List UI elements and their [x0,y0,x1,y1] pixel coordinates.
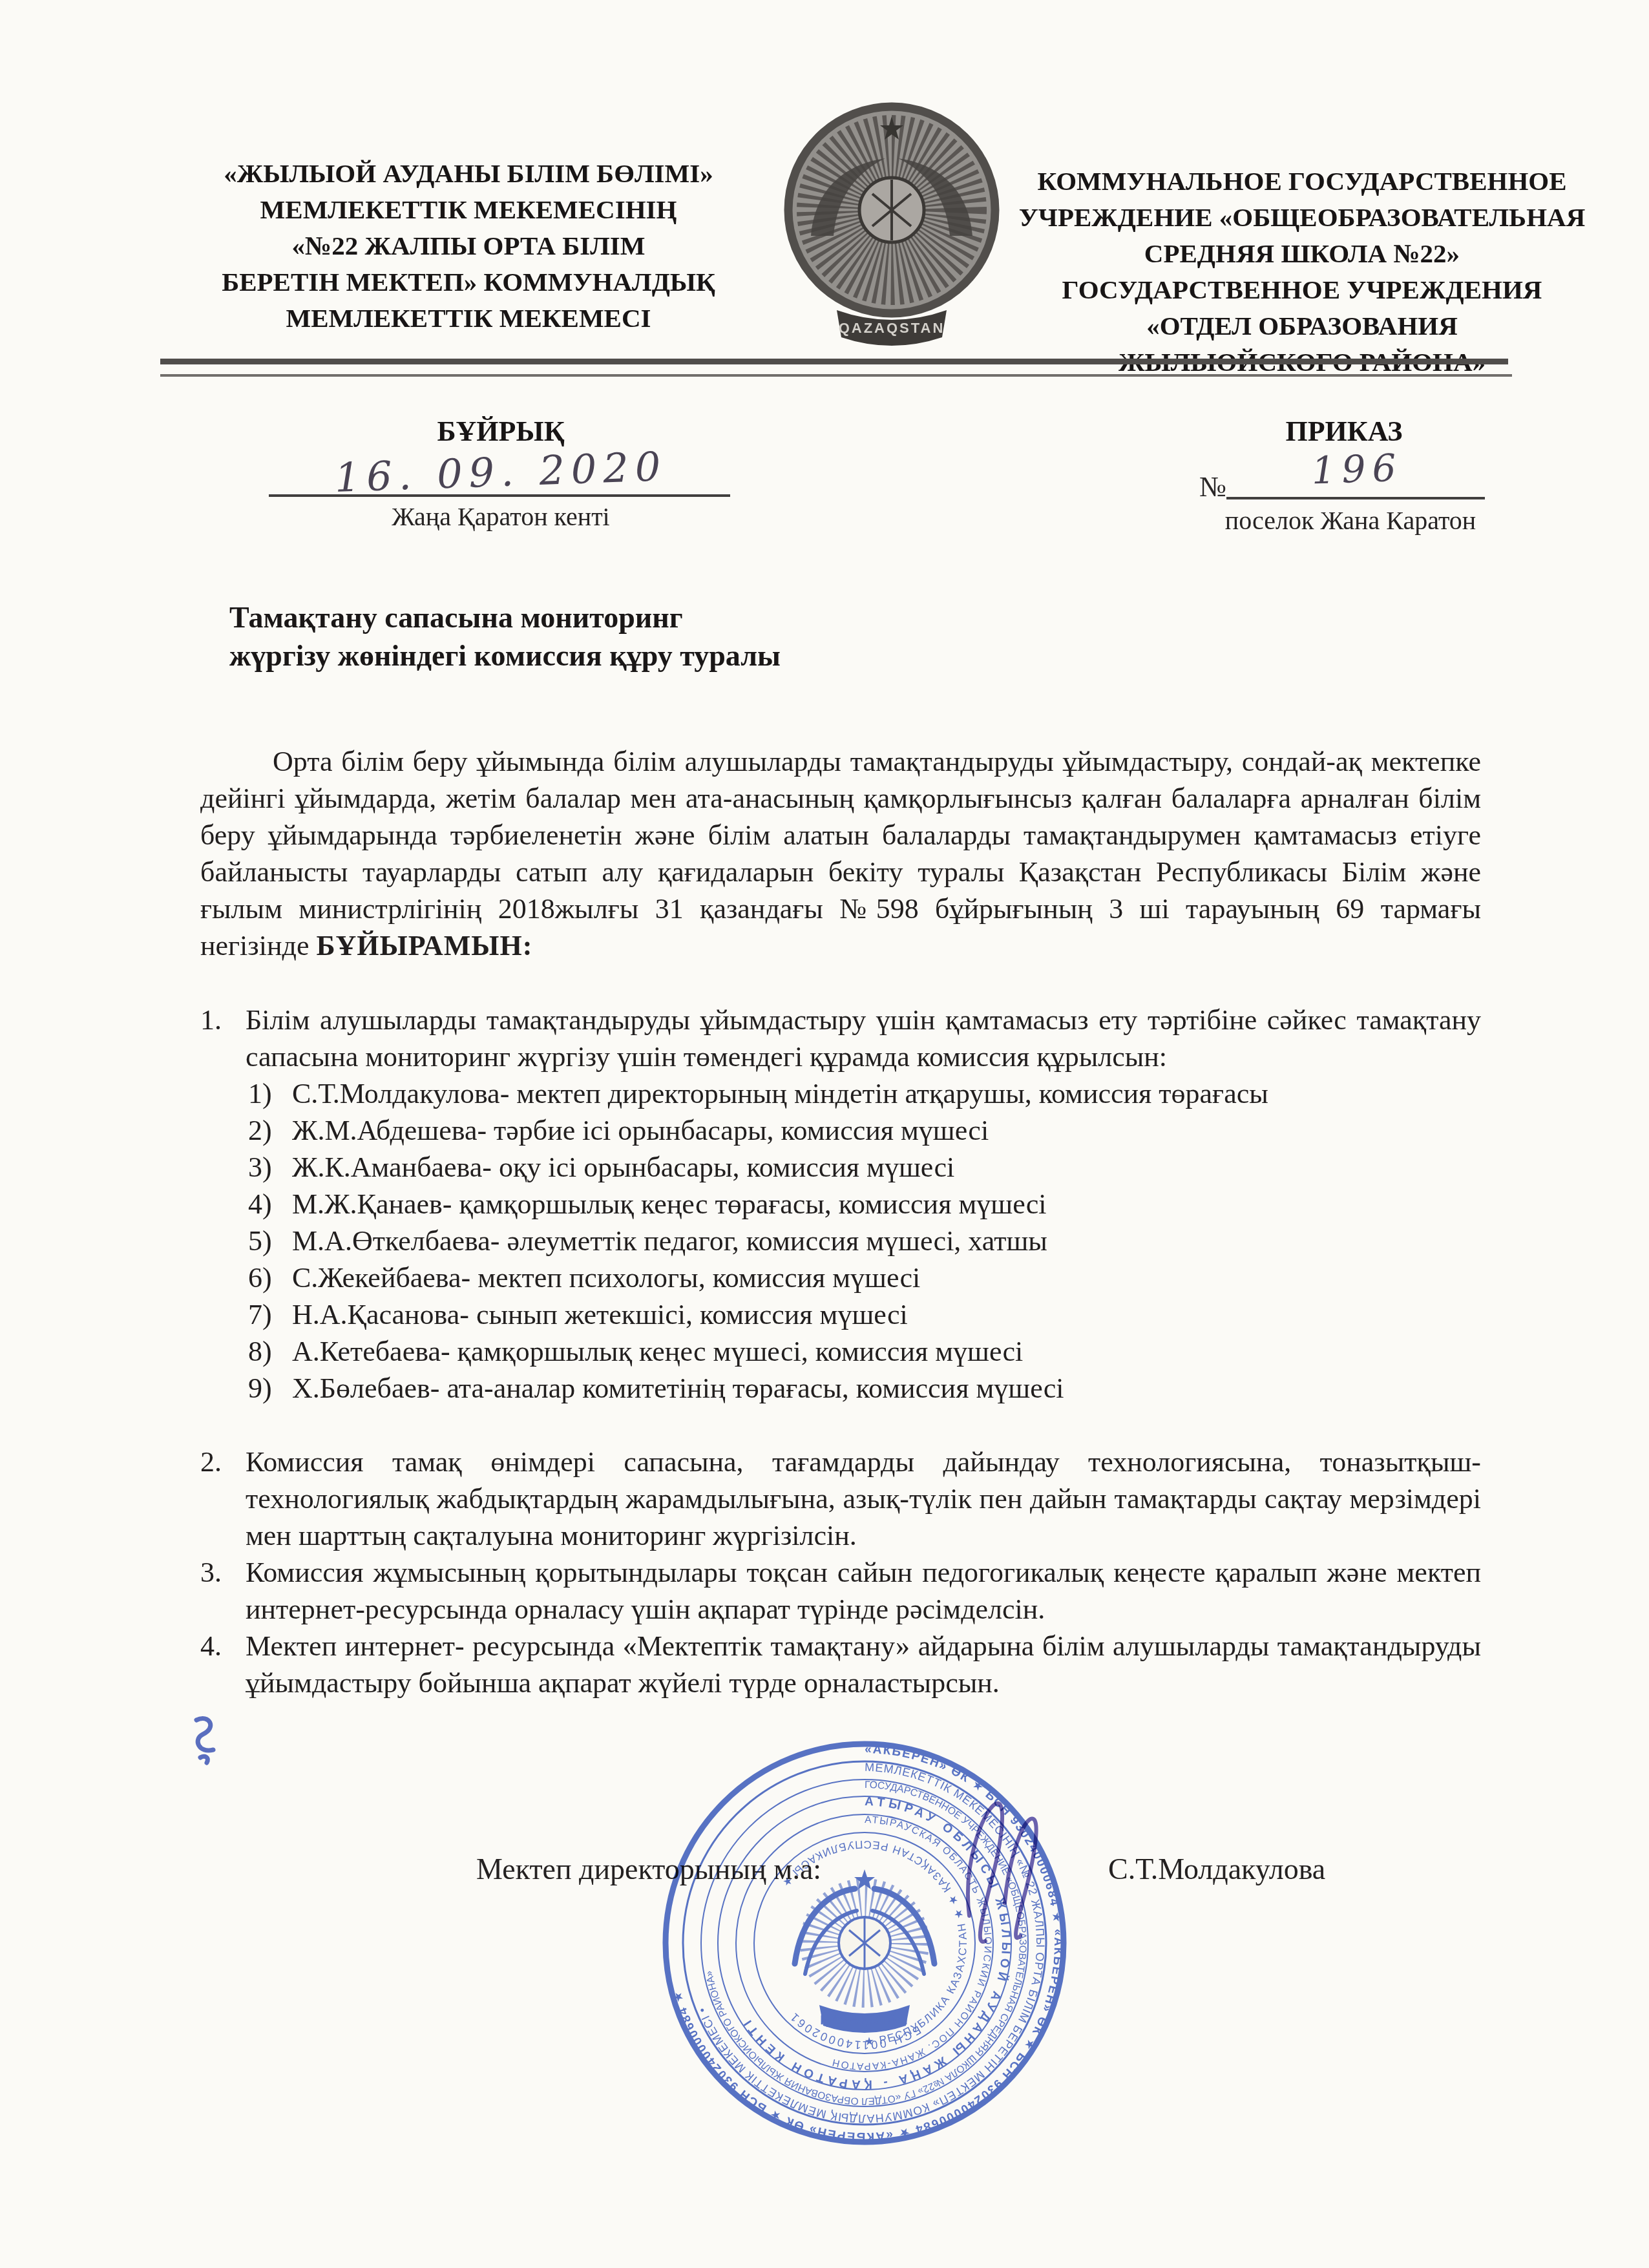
emblem-banner-text: QAZAQSTAN [839,320,945,336]
org-line: МЕМЛЕКЕТТІК МЕКЕМЕСІ [184,300,753,336]
member-text: М.Ж.Қанаев- қамқоршылық кеңес төрағасы, … [292,1186,1481,1223]
order-place-ru: поселок Жана Каратон [1176,505,1525,536]
header-left-organization: «ЖЫЛЫОЙ АУДАНЫ БІЛІМ БӨЛІМІ» МЕМЛЕКЕТТІК… [184,155,753,336]
commission-member: 5) М.А.Өткелбаева- әлеуметтік педагог, к… [248,1223,1481,1259]
header-divider-thin [160,374,1512,377]
order-number-sign: № [1199,470,1226,503]
org-line: «№22 ЖАЛПЫ ОРТА БІЛІМ [184,227,753,264]
item-text: Комиссия тамақ өнімдері сапасына, тағамд… [246,1444,1481,1554]
member-text: С.Т.Молдакулова- мектеп директорының мін… [292,1075,1481,1112]
commission-member: 2) Ж.М.Абдешева- тәрбие ісі орынбасары, … [248,1112,1481,1149]
subject-line-1: Тамақтану сапасына мониторинг [229,598,1134,636]
member-number: 7) [248,1296,292,1333]
item-number: 2. [200,1444,246,1480]
commission-member: 7) Н.А.Қасанова- сынып жетекшісі, комисс… [248,1296,1481,1333]
member-text: Х.Бөлебаев- ата-аналар комитетінің төрағ… [292,1370,1481,1407]
member-number: 4) [248,1186,292,1223]
item-text: Білім алушыларды тамақтандыруды ұйымдаст… [246,1002,1481,1075]
state-emblem-icon: QAZAQSTAN [774,97,1009,362]
member-text: Н.А.Қасанова- сынып жетекшісі, комиссия … [292,1296,1481,1333]
commission-member: 9) Х.Бөлебаев- ата-аналар комитетінің тө… [248,1370,1481,1407]
org-line: «ОТДЕЛ ОБРАЗОВАНИЯ [998,308,1606,344]
order-place-kk: Жаңа Қаратон кенті [271,501,730,532]
commission-member: 8) А.Кетебаева- қамқоршылық кеңес мүшесі… [248,1333,1481,1370]
scanned-order-document: QAZAQSTAN «ЖЫЛЫОЙ АУДАНЫ БІЛІМ БӨЛІМІ» М… [0,0,1649,2268]
commission-member: 6) С.Жекейбаева- мектеп психологы, комис… [248,1259,1481,1296]
intro-paragraph: Орта білім беру ұйымында білім алушылард… [200,743,1481,964]
member-number: 6) [248,1259,292,1296]
member-text: Ж.К.Аманбаева- оқу ісі орынбасары, комис… [292,1149,1481,1186]
number-underline [1226,497,1485,499]
item-number: 4. [200,1628,246,1664]
item-number: 3. [200,1554,246,1591]
school-stamp-icon: «АКБЕРЕН» ӨК ★ БСН 930240000684 ★ «АКБЕР… [658,1736,1071,2150]
member-number: 8) [248,1333,292,1370]
member-number: 3) [248,1149,292,1186]
item-number: 1. [200,1002,246,1038]
signature-name: С.Т.Молдакулова [1108,1852,1325,1886]
commission-member: 3) Ж.К.Аманбаева- оқу ісі орынбасары, ко… [248,1149,1481,1186]
org-line: УЧРЕЖДЕНИЕ «ОБЩЕОБРАЗОВАТЕЛЬНАЯ [998,199,1606,235]
org-line: СРЕДНЯЯ ШКОЛА №22» [998,235,1606,271]
org-line: БЕРЕТІН МЕКТЕП» КОММУНАЛДЫҚ [184,264,753,300]
item-text: Комиссия жұмысының қорытындылары тоқсан … [246,1554,1481,1628]
commission-member: 4) М.Ж.Қанаев- қамқоршылық кеңес төрағас… [248,1186,1481,1223]
org-line: МЕМЛЕКЕТТІК МЕКЕМЕСІНІҢ [184,191,753,227]
header-right-organization: КОММУНАЛЬНОЕ ГОСУДАРСТВЕННОЕ УЧРЕЖДЕНИЕ … [998,163,1606,380]
resolve-word: БҰЙЫРАМЫН: [316,930,532,961]
org-line: КОММУНАЛЬНОЕ ГОСУДАРСТВЕННОЕ [998,163,1606,199]
order-item-3: 3. Комиссия жұмысының қорытындылары тоқс… [200,1554,1481,1628]
margin-ink-mark-icon [187,1712,226,1770]
member-text: Ж.М.Абдешева- тәрбие ісі орынбасары, ком… [292,1112,1481,1149]
order-item-1: 1. Білім алушыларды тамақтандыруды ұйымд… [200,1002,1481,1075]
member-number: 1) [248,1075,292,1112]
date-underline [269,494,730,497]
order-item-2: 2. Комиссия тамақ өнімдері сапасына, тағ… [200,1444,1481,1554]
order-number-handwritten: 196 [1246,443,1467,495]
member-text: А.Кетебаева- қамқоршылық кеңес мүшесі, к… [292,1333,1481,1370]
commission-members-list: 1) С.Т.Молдакулова- мектеп директорының … [248,1075,1481,1407]
order-items-list: 1. Білім алушыларды тамақтандыруды ұйымд… [200,1002,1481,1701]
commission-member: 1) С.Т.Молдакулова- мектеп директорының … [248,1075,1481,1112]
item-text: Мектеп интернет- ресурсында «Мектептік т… [246,1628,1481,1701]
subject-title: Тамақтану сапасына мониторинг жүргізу жө… [229,598,1134,675]
subject-line-2: жүргізу жөніндегі комиссия құру туралы [229,636,1134,675]
order-title-ru: ПРИКАЗ [1098,415,1590,448]
member-number: 9) [248,1370,292,1407]
member-number: 5) [248,1223,292,1259]
member-text: С.Жекейбаева- мектеп психологы, комиссия… [292,1259,1481,1296]
intro-text: Орта білім беру ұйымында білім алушылард… [200,746,1481,961]
stamp-center-banner-text: ҚАЗАҚСТАН [820,2013,909,2028]
org-line: ГОСУДАРСТВЕННОЕ УЧРЕЖДЕНИЯ [998,271,1606,308]
order-item-4: 4. Мектеп интернет- ресурсында «Мектепті… [200,1628,1481,1701]
member-text: М.А.Өткелбаева- әлеуметтік педагог, коми… [292,1223,1481,1259]
org-line: «ЖЫЛЫОЙ АУДАНЫ БІЛІМ БӨЛІМІ» [184,155,753,191]
document-body: Орта білім беру ұйымында білім алушылард… [200,743,1481,1701]
member-number: 2) [248,1112,292,1149]
header-divider-thick [160,359,1508,364]
